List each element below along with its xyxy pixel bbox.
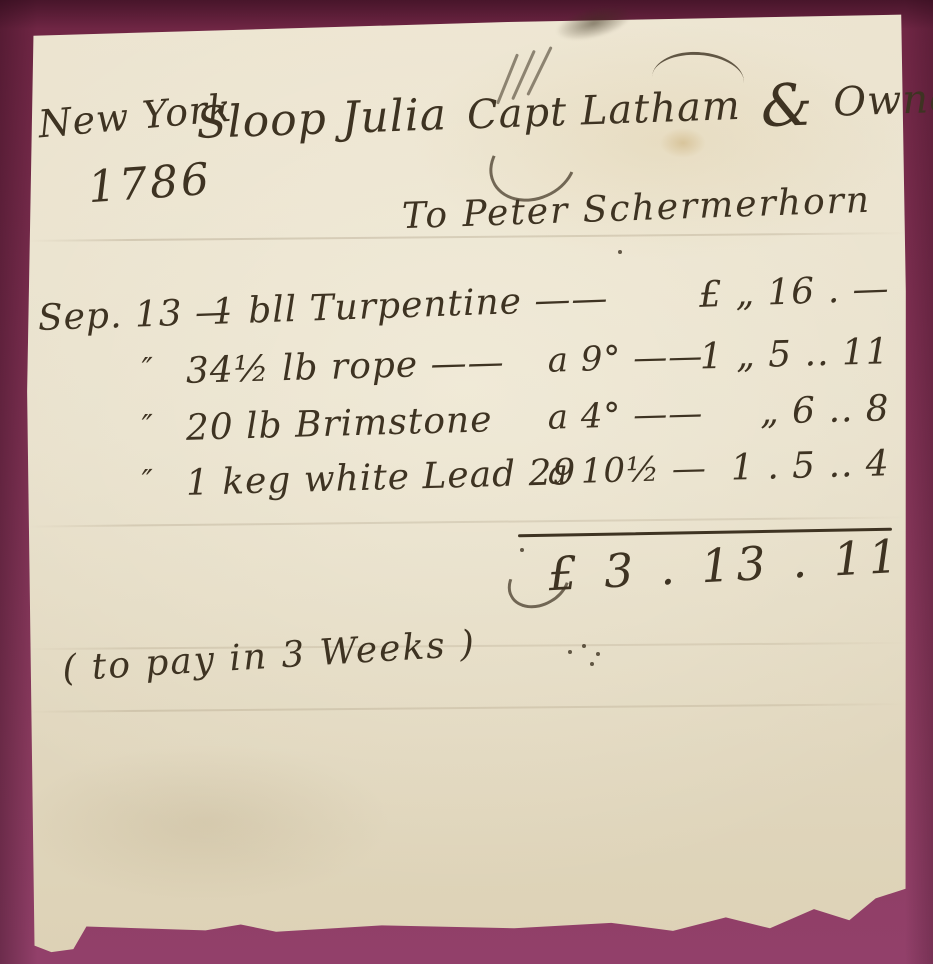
captain-name: Capt Latham	[466, 83, 741, 139]
owners-word: Owners	[833, 74, 933, 126]
ink-speck	[520, 548, 524, 552]
entry-date: Sep. 13 —	[37, 291, 232, 339]
document-content: New York 1786 Sloop Julia Capt Latham & …	[0, 0, 933, 964]
entry-amount: 1 „ 5 .. 11	[611, 331, 890, 380]
ink-smudge	[553, 0, 636, 47]
entry-amount: „ 6 .. 8	[611, 388, 890, 437]
ink-speck	[582, 644, 586, 648]
vessel-name: Sloop Julia	[196, 89, 448, 149]
entry-amount: 1 . 5 .. 4	[611, 443, 890, 492]
ditto-mark: ″	[141, 352, 154, 387]
ink-speck	[590, 662, 594, 666]
entry-amount: £ „ 16 . —	[611, 268, 890, 319]
scan-background: New York 1786 Sloop Julia Capt Latham & …	[0, 0, 933, 964]
ditto-mark: ″	[141, 409, 154, 444]
payment-note: ( to pay in 3 Weeks )	[61, 623, 477, 689]
ampersand-flourish: &	[760, 70, 815, 140]
ink-speck	[596, 652, 600, 656]
ink-speck	[568, 650, 572, 654]
year-line: 1786	[86, 154, 213, 214]
ink-speck	[618, 250, 622, 254]
entry-item: 34½ lb rope ——	[185, 342, 505, 392]
entry-item: 1 bll Turpentine ——	[211, 278, 609, 333]
total-amount: £ 3 . 13 . 11	[547, 529, 905, 602]
entry-item: 20 lb Brimstone	[185, 399, 493, 449]
paper-crease	[28, 703, 906, 713]
to-line: To Peter Schermerhorn	[401, 180, 871, 237]
ditto-mark: ″	[141, 464, 154, 499]
